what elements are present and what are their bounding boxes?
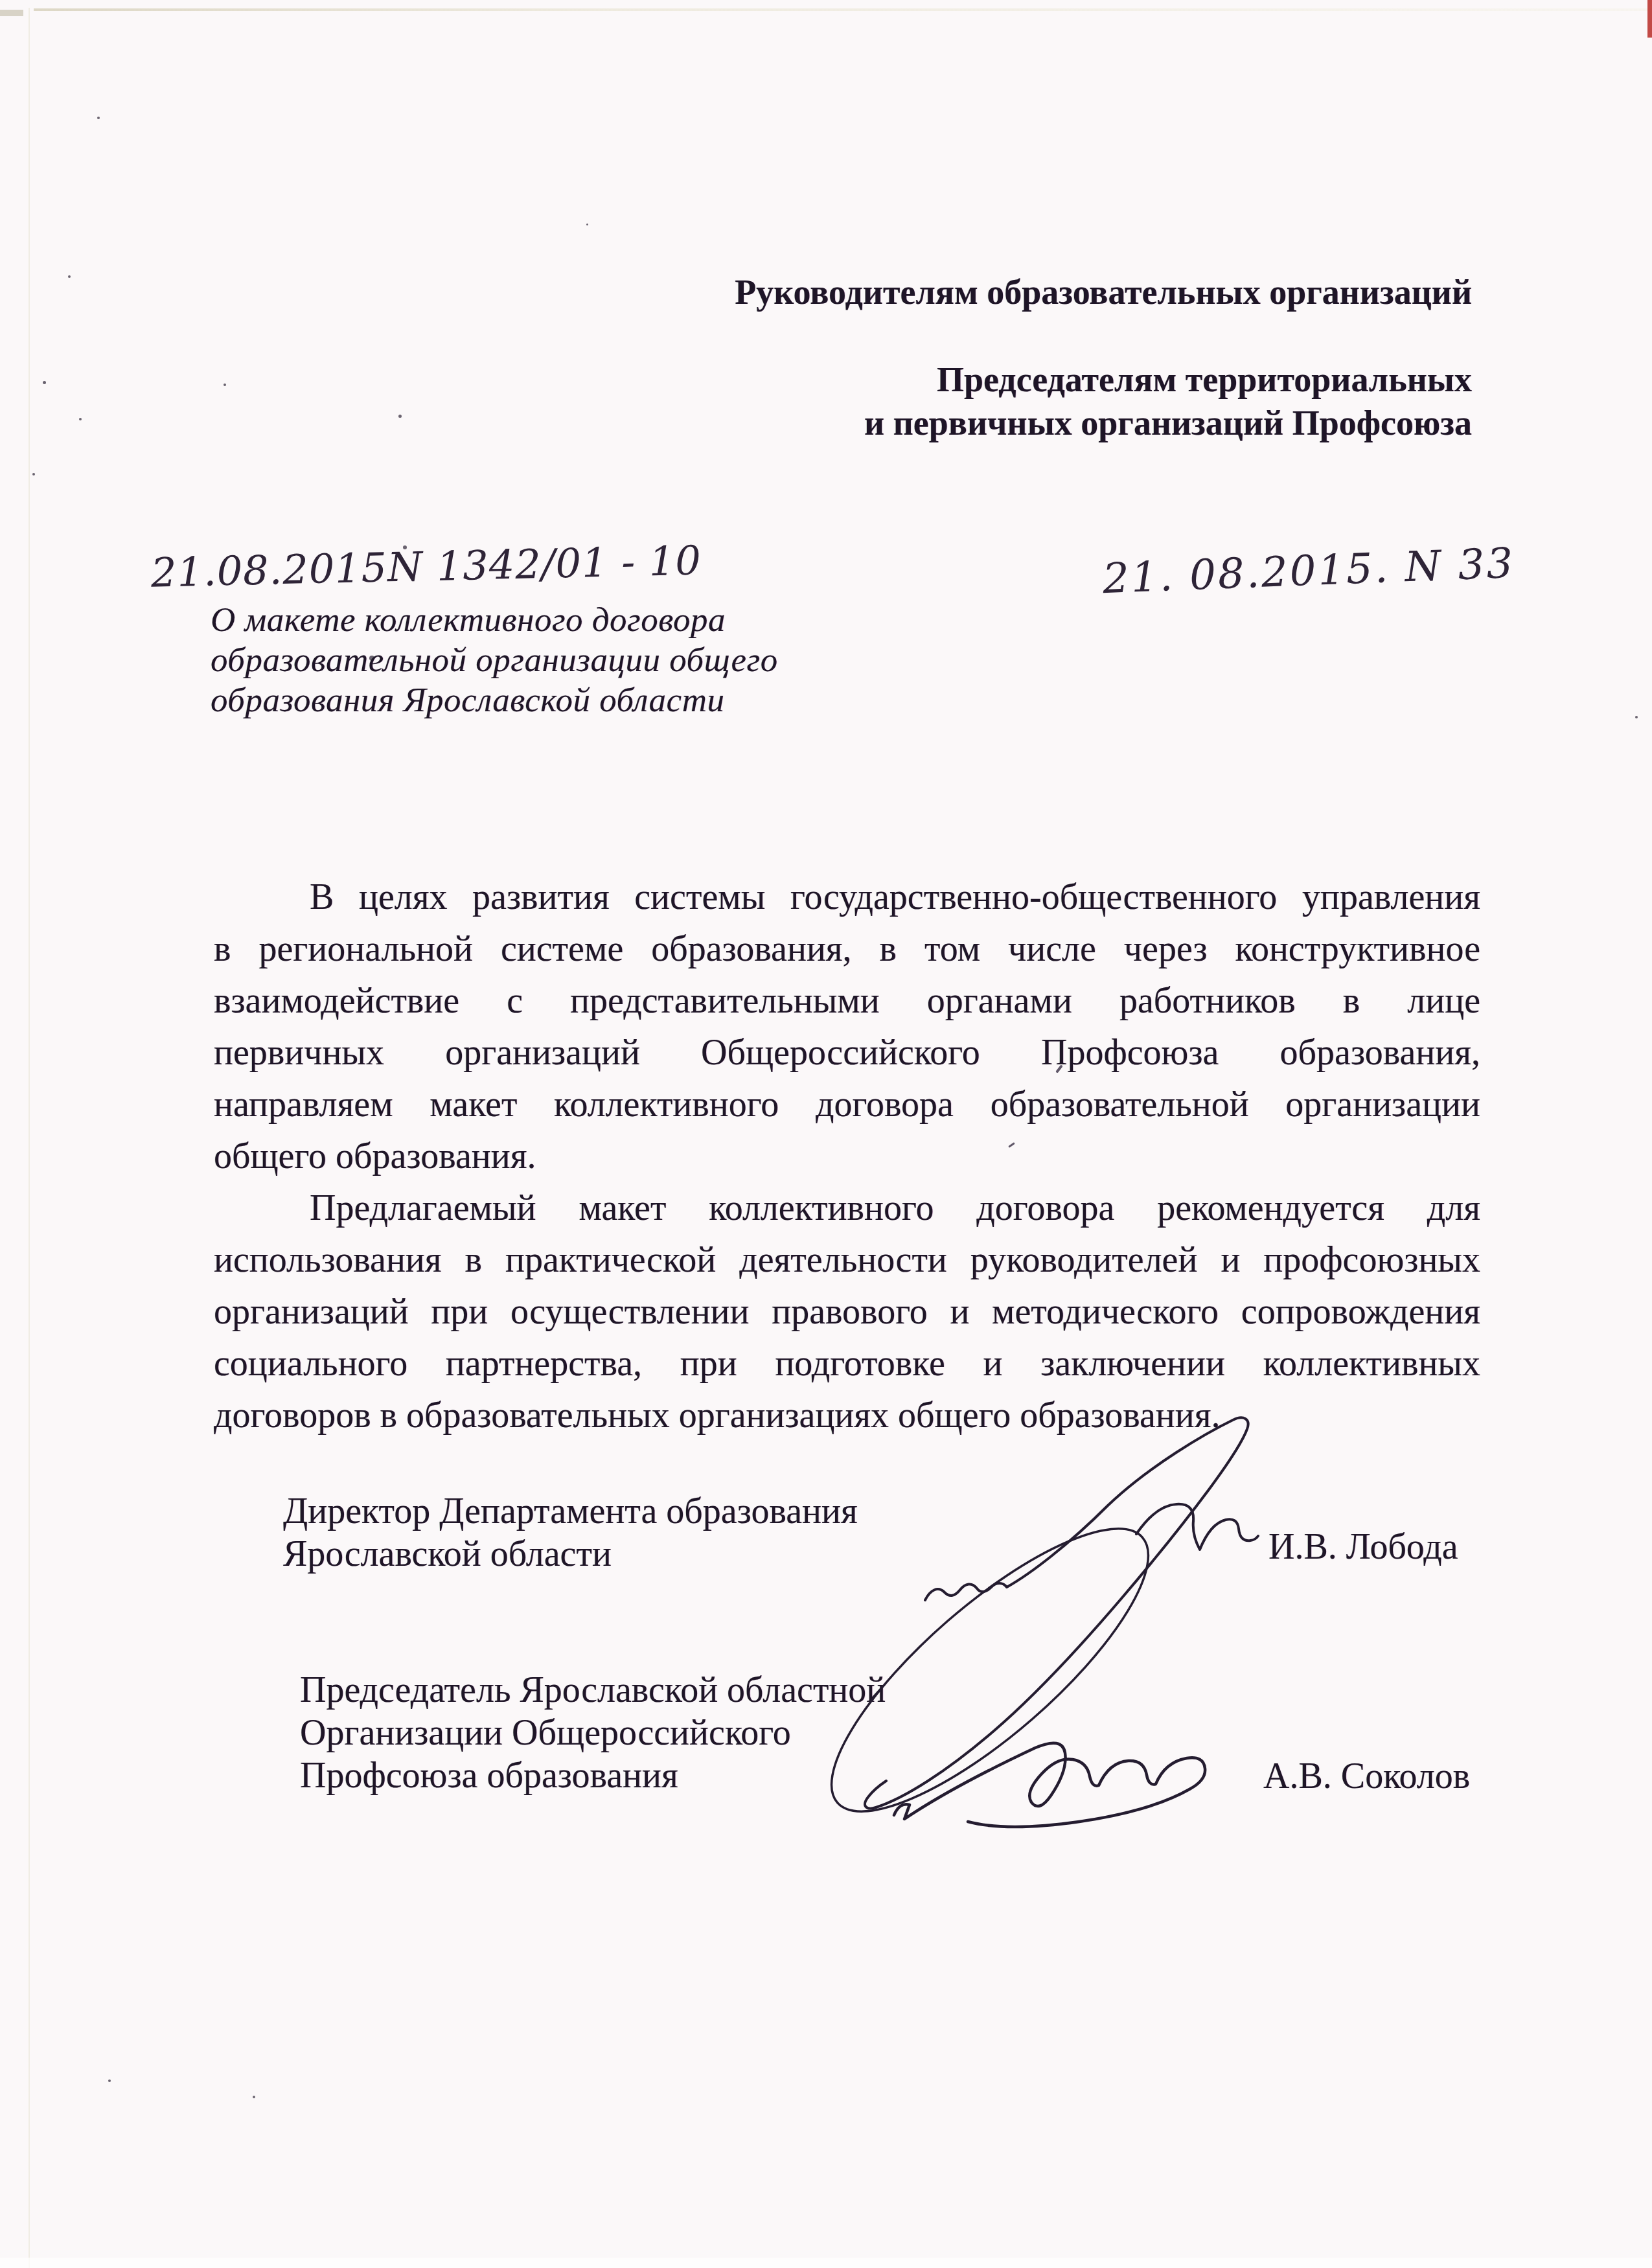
addressee-block: Руководителям образовательных организаци… [735, 271, 1472, 445]
signature2-title-line1: Председатель Ярославской областной [300, 1669, 886, 1712]
signature2-name: А.В. Соколов [1263, 1756, 1470, 1797]
scan-left-paper-edge [29, 8, 30, 2268]
subject-line-3: образования Ярославской области [211, 680, 778, 720]
scanned-letter-page: Руководителям образовательных организаци… [0, 0, 1652, 2268]
signature1-name: И.В. Лобода [1268, 1526, 1458, 1568]
paper-speck [97, 117, 100, 119]
loboda-signature-flourish [1136, 1504, 1258, 1550]
letter-body: В целях развития системы государственно-… [214, 871, 1480, 1441]
paper-speck [586, 223, 588, 225]
paper-speck [224, 384, 226, 386]
paper-speck [32, 473, 35, 475]
body-paragraph1-line: первичных организаций Общероссийского Пр… [214, 1027, 1480, 1079]
paper-speck [43, 381, 46, 384]
paper-speck [253, 2096, 255, 2098]
paper-speck [1635, 716, 1638, 718]
scan-left-edge-mark [0, 10, 23, 16]
outgoing-registration-number: 21.08.2015N 1342/01 - 10 [150, 536, 702, 596]
signature1-title-line2: Ярославской области [283, 1533, 858, 1575]
body-paragraph1-line: взаимодействие с представительными орган… [214, 975, 1480, 1027]
body-paragraph2-line: использования в практической деятельност… [214, 1234, 1480, 1286]
signature1-title-block: Директор Департамента образования Яросла… [283, 1490, 858, 1575]
body-paragraph2-line: организаций при осуществлении правового … [214, 1286, 1480, 1338]
body-paragraph1-line: направляем макет коллективного договора … [214, 1079, 1480, 1130]
body-paragraph1-line: в региональной системе образования, в то… [214, 923, 1480, 975]
subject-line-2: образовательной организации общего [211, 640, 778, 680]
subject-line-1: О макете коллективного договора [211, 600, 778, 640]
scan-top-edge-line [34, 8, 1652, 11]
signature1-title-line1: Директор Департамента образования [283, 1490, 858, 1533]
addressee-line-1: Руководителям образовательных организаци… [735, 271, 1472, 314]
addressee-line-2: Председателям территориальных [735, 358, 1472, 402]
body-paragraph1-line: общего образования. [214, 1130, 1480, 1182]
addressee-line-3: и первичных организаций Профсоюза [735, 402, 1472, 445]
incoming-registration-number: 21. 08.2015. N 33 [1102, 540, 1516, 603]
body-paragraph1-line: В целях развития системы государственно-… [214, 871, 1480, 923]
body-paragraph2-line: социального партнерства, при подготовке … [214, 1338, 1480, 1390]
subject-block: О макете коллективного договора образова… [211, 600, 778, 720]
scan-top-right-red-artifact [1647, 0, 1652, 38]
paper-speck [398, 415, 402, 418]
paper-speck [108, 2079, 111, 2082]
loboda-signature-stroke [865, 1417, 1248, 1808]
body-paragraph2-line: Предлагаемый макет коллективного договор… [214, 1182, 1480, 1234]
body-paragraph2-line: договоров в образовательных организациях… [214, 1390, 1480, 1441]
scan-bottom-edge [0, 2258, 1652, 2268]
signature2-title-line2: Организации Общероссийского [300, 1712, 886, 1754]
signature2-title-line3: Профсоюза образования [300, 1754, 886, 1797]
signature2-title-block: Председатель Ярославской областной Орган… [300, 1669, 886, 1797]
sokolov-signature-stroke [894, 1743, 1205, 1827]
paper-speck [79, 418, 82, 420]
paper-speck [68, 275, 71, 278]
